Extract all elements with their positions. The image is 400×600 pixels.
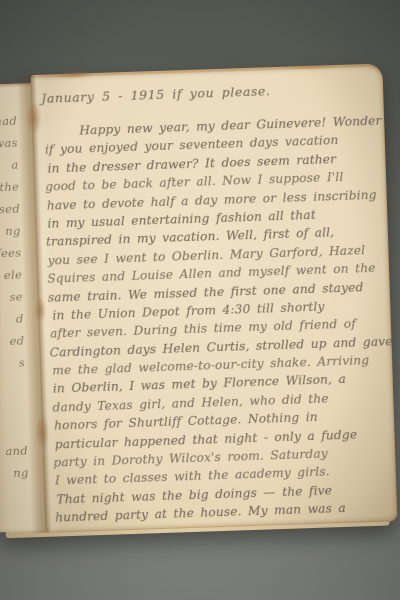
text-fragment: s <box>0 351 25 374</box>
text-fragment: assed <box>0 198 20 221</box>
text-fragment: d <box>0 308 24 331</box>
diary-book: hadwasatheassedngfeeselesededsandng Janu… <box>0 63 397 534</box>
previous-page-text-fragments: hadwasatheassedngfeeselesededsandng <box>0 110 29 485</box>
text-fragment: ele <box>0 264 22 287</box>
text-fragment <box>0 395 27 418</box>
text-fragment: ed <box>0 329 25 352</box>
text-fragment <box>0 373 26 396</box>
text-fragment: had <box>0 110 17 133</box>
text-fragment <box>0 417 28 440</box>
text-fragment: was <box>0 132 18 155</box>
text-fragment: se <box>0 286 23 309</box>
entry-date: January 5 - 1915 if you please. <box>41 80 381 106</box>
photo-background: hadwasatheassedngfeeselesededsandng Janu… <box>0 0 400 600</box>
text-fragment: fees <box>0 242 22 265</box>
journal-entry: January 5 - 1915 if you please. Happy ne… <box>41 80 395 527</box>
text-fragment: a <box>0 154 19 177</box>
entry-body: Happy new year, my dear Guinevere! Wonde… <box>42 112 395 528</box>
diary-page: January 5 - 1915 if you please. Happy ne… <box>30 63 397 532</box>
text-fragment: ng <box>0 220 21 243</box>
text-fragment: ng <box>0 461 29 484</box>
text-fragment: the <box>0 176 20 199</box>
text-fragment: and <box>0 439 28 462</box>
